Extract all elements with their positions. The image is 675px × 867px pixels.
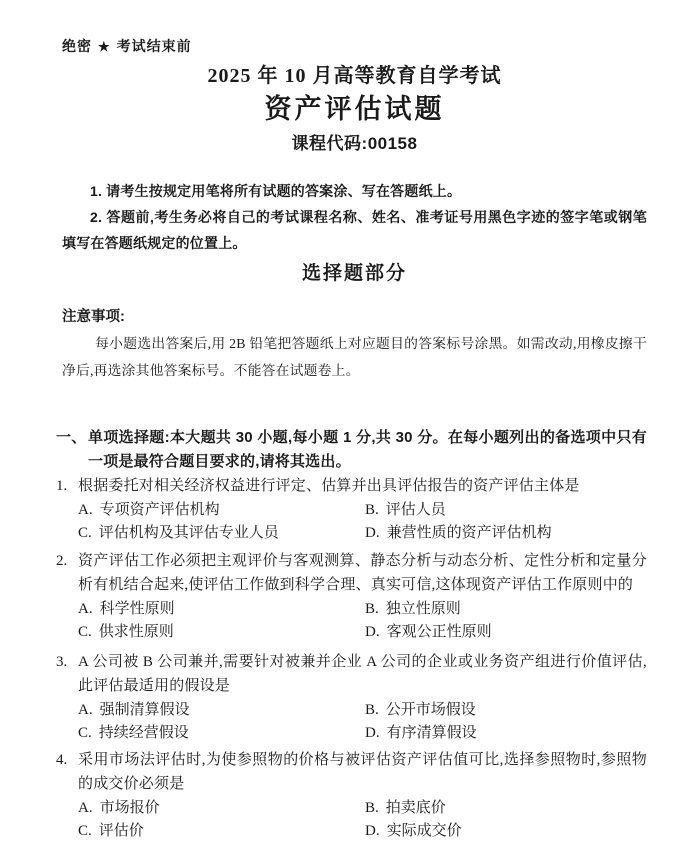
- option-label: A.: [78, 800, 93, 816]
- option-label: D.: [365, 624, 380, 640]
- option-text: 实际成交价: [387, 823, 462, 839]
- question-1-stem: 根据委托对相关经济权益进行评定、估算并出具评估报告的资产评估主体是: [78, 474, 647, 498]
- section-number: 一、: [56, 426, 86, 450]
- section-description: 单项选择题:本大题共 30 小题,每小题 1 分,共 30 分。在每小题列出的备…: [88, 429, 647, 470]
- question-1-option-d: D.兼营性质的资产评估机构: [365, 522, 647, 545]
- option-text: 评估价: [99, 823, 144, 839]
- question-1-options: A.专项资产评估机构 B.评估人员 C.评估机构及其评估专业人员 D.兼营性质的…: [78, 499, 647, 545]
- question-1-option-a: A.专项资产评估机构: [78, 499, 365, 522]
- question-4-option-a: A.市场报价: [78, 797, 365, 820]
- option-label: D.: [365, 725, 380, 741]
- question-4-option-b: B.拍卖底价: [365, 797, 647, 820]
- question-2-options: A.科学性原则 B.独立性原则 C.供求性原则 D.客观公正性原则: [78, 598, 647, 644]
- question-2: 2. 资产评估工作必须把主观评价与客观测算、静态分析与动态分析、定性分析和定量分…: [56, 549, 647, 644]
- question-4-number: 4.: [56, 748, 67, 772]
- option-text: 评估机构及其评估专业人员: [99, 525, 279, 541]
- option-text: 独立性原则: [386, 601, 461, 617]
- front-matter: 绝密★考试结束前 2025 年 10 月高等教育自学考试 资产评估试题 课程代码…: [62, 36, 647, 384]
- classification-note: 考试结束前: [117, 38, 192, 54]
- question-4-stem: 采用市场法评估时,为使参照物的价格与被评估资产评估值可比,选择参照物时,参照物的…: [78, 748, 647, 796]
- option-label: A.: [78, 601, 93, 617]
- option-label: C.: [78, 624, 92, 640]
- candidate-instructions: 1. 请考生按规定用笔将所有试题的答案涂、写在答题纸上。 2. 答题前,考生务必…: [62, 178, 647, 256]
- question-1-option-c: C.评估机构及其评估专业人员: [78, 522, 365, 545]
- question-2-stem: 资产评估工作必须把主观评价与客观测算、静态分析与动态分析、定性分析和定量分析有机…: [78, 549, 647, 597]
- option-label: A.: [78, 702, 93, 718]
- question-4-options: A.市场报价 B.拍卖底价 C.评估价 D.实际成交价: [78, 797, 647, 843]
- question-4-option-c: C.评估价: [78, 820, 365, 843]
- question-2-option-d: D.客观公正性原则: [365, 621, 647, 644]
- option-label: A.: [78, 502, 93, 518]
- exam-paper-title: 资产评估试题: [62, 94, 647, 125]
- option-text: 专项资产评估机构: [100, 502, 220, 518]
- option-text: 科学性原则: [100, 601, 175, 617]
- question-3-option-d: D.有序清算假设: [365, 722, 647, 745]
- option-text: 公开市场假设: [386, 702, 476, 718]
- option-label: B.: [365, 502, 379, 518]
- instruction-item-1: 1. 请考生按规定用笔将所有试题的答案涂、写在答题纸上。: [62, 178, 647, 204]
- instruction-item-2: 2. 答题前,考生务必将自己的考试课程名称、姓名、准考证号用黑色字迹的签字笔或钢…: [62, 204, 647, 256]
- star-icon: ★: [92, 39, 117, 54]
- question-2-option-c: C.供求性原则: [78, 621, 365, 644]
- notes-heading: 注意事项:: [62, 308, 647, 327]
- notes-body: 每小题选出答案后,用 2B 铅笔把答题纸上对应题目的答案标号涂黑。如需改动,用橡…: [62, 330, 647, 384]
- option-label: B.: [365, 601, 379, 617]
- question-3-number: 3.: [56, 650, 67, 674]
- question-1: 1. 根据委托对相关经济权益进行评定、估算并出具评估报告的资产评估主体是 A.专…: [56, 474, 647, 545]
- question-3: 3. A 公司被 B 公司兼并,需要针对被兼并企业 A 公司的企业或业务资产组进…: [56, 650, 647, 745]
- option-text: 有序清算假设: [387, 725, 477, 741]
- question-2-number: 2.: [56, 549, 67, 573]
- option-label: C.: [78, 525, 92, 541]
- option-text: 市场报价: [100, 800, 160, 816]
- option-text: 供求性原则: [99, 624, 174, 640]
- classification-line: 绝密★考试结束前: [62, 36, 647, 56]
- exam-paper-page: 绝密★考试结束前 2025 年 10 月高等教育自学考试 资产评估试题 课程代码…: [0, 0, 675, 867]
- option-text: 客观公正性原则: [387, 624, 492, 640]
- exam-session-title: 2025 年 10 月高等教育自学考试: [62, 64, 647, 89]
- question-3-option-c: C.持续经营假设: [78, 722, 365, 745]
- course-code: 课程代码:00158: [62, 133, 647, 154]
- option-text: 强制清算假设: [100, 702, 190, 718]
- option-label: B.: [365, 800, 379, 816]
- question-2-option-b: B.独立性原则: [365, 598, 647, 621]
- question-3-options: A.强制清算假设 B.公开市场假设 C.持续经营假设 D.有序清算假设: [78, 699, 647, 745]
- part-title-multiple-choice: 选择题部分: [62, 261, 647, 286]
- question-4-option-d: D.实际成交价: [365, 820, 647, 843]
- option-label: D.: [365, 525, 380, 541]
- option-text: 评估人员: [386, 502, 446, 518]
- section-one-heading: 一、 单项选择题:本大题共 30 小题,每小题 1 分,共 30 分。在每小题列…: [56, 426, 647, 474]
- option-text: 拍卖底价: [386, 800, 446, 816]
- option-text: 兼营性质的资产评估机构: [387, 525, 552, 541]
- question-3-stem: A 公司被 B 公司兼并,需要针对被兼并企业 A 公司的企业或业务资产组进行价值…: [78, 650, 647, 698]
- question-2-option-a: A.科学性原则: [78, 598, 365, 621]
- question-4: 4. 采用市场法评估时,为使参照物的价格与被评估资产评估值可比,选择参照物时,参…: [56, 748, 647, 843]
- option-text: 持续经营假设: [99, 725, 189, 741]
- question-3-option-a: A.强制清算假设: [78, 699, 365, 722]
- question-1-number: 1.: [56, 474, 67, 498]
- question-3-option-b: B.公开市场假设: [365, 699, 647, 722]
- option-label: D.: [365, 823, 380, 839]
- option-label: B.: [365, 702, 379, 718]
- classification-label: 绝密: [62, 38, 92, 54]
- option-label: C.: [78, 725, 92, 741]
- option-label: C.: [78, 823, 92, 839]
- question-1-option-b: B.评估人员: [365, 499, 647, 522]
